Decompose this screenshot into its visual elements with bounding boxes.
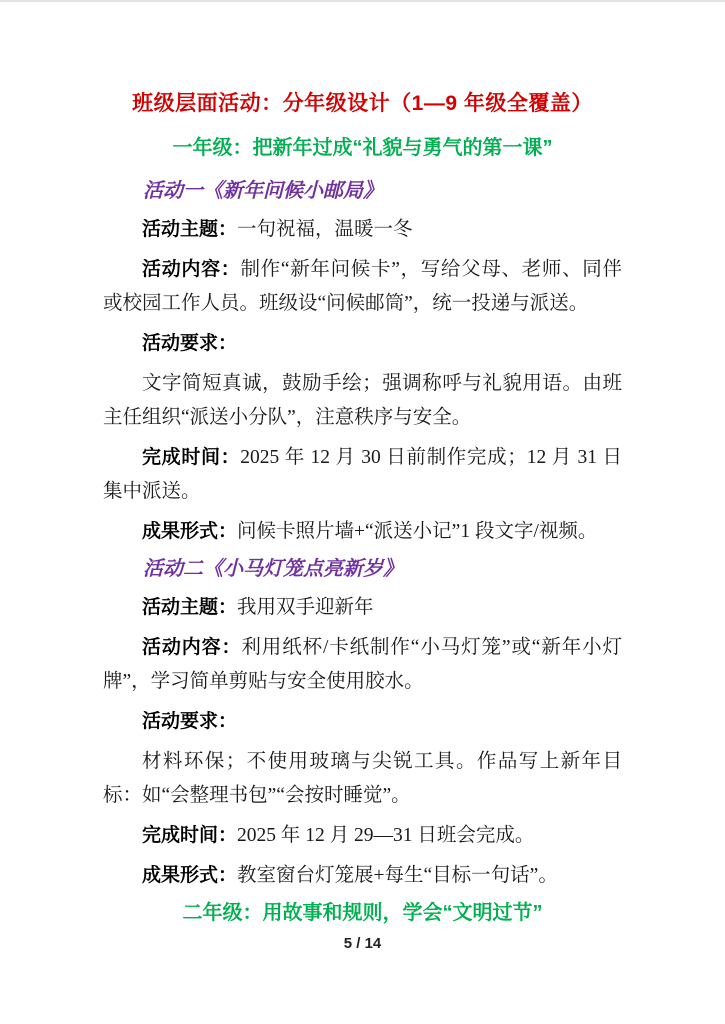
paragraph-text: 问候卡照片墙+“派送小记”1 段文字/视频。 xyxy=(237,521,597,542)
paragraph-label: 活动主题： xyxy=(142,219,237,240)
paragraph-text: 教室窗台灯笼展+每生“目标一句话”。 xyxy=(237,865,558,886)
paragraph-label: 成果形式： xyxy=(142,865,237,886)
paragraph-label: 活动内容： xyxy=(142,637,241,658)
document-page: 班级层面活动：分年级设计（1—9 年级全覆盖） 一年级：把新年过成“礼貌与勇气的… xyxy=(0,0,725,1024)
activity-2-heading: 活动二《小马灯笼点亮新岁》 xyxy=(103,555,622,583)
activity-1-requirements-paragraph: 文字简短真诚，鼓励手绘；强调称呼与礼貌用语。由班主任组织“派送小分队”，注意秩序… xyxy=(103,367,622,435)
paragraph-label: 活动要求： xyxy=(142,333,237,354)
activity-1-requirements-label-paragraph: 活动要求： xyxy=(103,327,622,361)
activity-1-heading: 活动一《新年问候小邮局》 xyxy=(103,177,622,205)
paragraph-label: 成果形式： xyxy=(142,521,237,542)
grade-1-heading: 一年级：把新年过成“礼貌与勇气的第一课” xyxy=(103,134,622,162)
paragraph-text: 我用双手迎新年 xyxy=(237,597,374,618)
paragraph-label: 完成时间： xyxy=(142,447,240,468)
activity-2-theme-paragraph: 活动主题：我用双手迎新年 xyxy=(103,591,622,625)
paragraph-label: 活动内容： xyxy=(142,259,240,280)
activity-1-result-paragraph: 成果形式：问候卡照片墙+“派送小记”1 段文字/视频。 xyxy=(103,515,622,549)
activity-1-content-paragraph: 活动内容：制作“新年问候卡”，写给父母、老师、同伴或校园工作人员。班级设“问候邮… xyxy=(103,253,622,321)
activity-1-deadline-paragraph: 完成时间：2025 年 12 月 30 日前制作完成；12 月 31 日集中派送… xyxy=(103,441,622,509)
activity-2-deadline-paragraph: 完成时间：2025 年 12 月 29—31 日班会完成。 xyxy=(103,819,622,853)
page-number: 5 / 14 xyxy=(0,935,725,952)
paragraph-text: 材料环保；不使用玻璃与尖锐工具。作品写上新年目标：如“会整理书包”“会按时睡觉”… xyxy=(103,751,622,806)
activity-2-content-paragraph: 活动内容：利用纸杯/卡纸制作“小马灯笼”或“新年小灯牌”，学习简单剪贴与安全使用… xyxy=(103,631,622,699)
activity-2-result-paragraph: 成果形式：教室窗台灯笼展+每生“目标一句话”。 xyxy=(103,859,622,893)
paragraph-text: 2025 年 12 月 29—31 日班会完成。 xyxy=(237,825,534,846)
activity-2-requirements-label-paragraph: 活动要求： xyxy=(103,705,622,739)
grade-2-heading: 二年级：用故事和规则，学会“文明过节” xyxy=(103,899,622,927)
document-title: 班级层面活动：分年级设计（1—9 年级全覆盖） xyxy=(103,90,622,118)
activity-2-requirements-paragraph: 材料环保；不使用玻璃与尖锐工具。作品写上新年目标：如“会整理书包”“会按时睡觉”… xyxy=(103,745,622,813)
paragraph-label: 完成时间： xyxy=(142,825,237,846)
paragraph-text: 文字简短真诚，鼓励手绘；强调称呼与礼貌用语。由班主任组织“派送小分队”，注意秩序… xyxy=(103,373,622,428)
activity-1-theme-paragraph: 活动主题：一句祝福，温暖一冬 xyxy=(103,213,622,247)
paragraph-label: 活动要求： xyxy=(142,711,237,732)
paragraph-text: 一句祝福，温暖一冬 xyxy=(237,219,413,240)
paragraph-label: 活动主题： xyxy=(142,597,237,618)
